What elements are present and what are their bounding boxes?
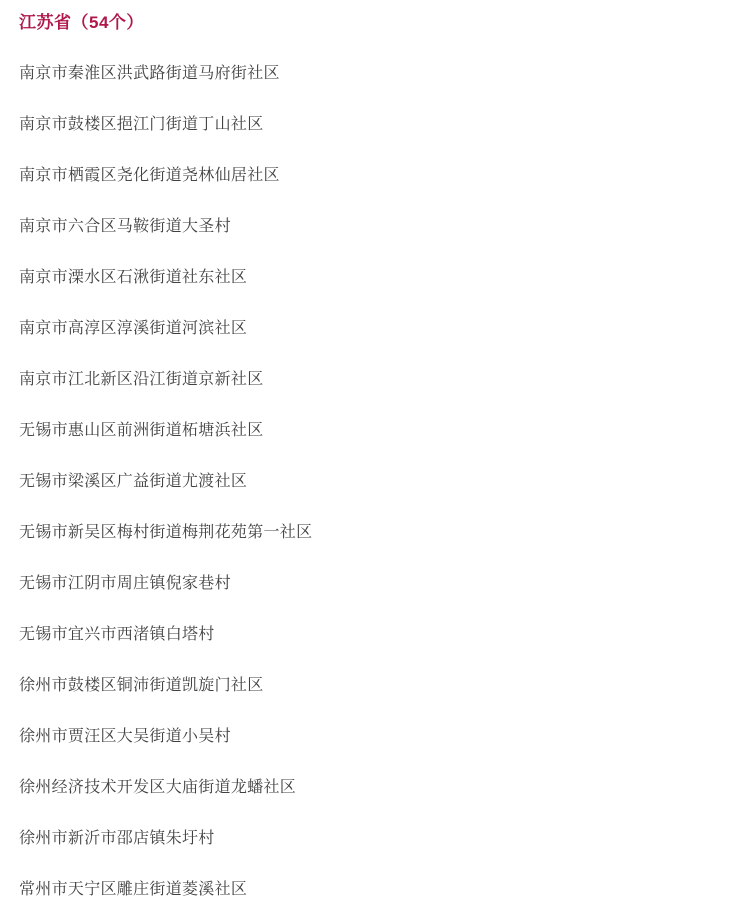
list-item: 南京市江北新区沿江街道京新社区	[19, 372, 710, 388]
list-item: 南京市秦淮区洪武路街道马府街社区	[19, 66, 710, 82]
list-item: 徐州市新沂市邵店镇朱圩村	[19, 831, 710, 847]
list-item: 南京市高淳区淳溪街道河滨社区	[19, 321, 710, 337]
list-item: 南京市溧水区石湫街道社东社区	[19, 270, 710, 286]
list-item: 无锡市江阴市周庄镇倪家巷村	[19, 576, 710, 592]
province-section-title: 江苏省（54个）	[19, 13, 710, 33]
list-item: 南京市六合区马鞍街道大圣村	[19, 219, 710, 235]
list-item: 徐州市贾汪区大吴街道小吴村	[19, 729, 710, 745]
list-item: 南京市栖霞区尧化街道尧林仙居社区	[19, 168, 710, 184]
list-item: 无锡市梁溪区广益街道尤渡社区	[19, 474, 710, 490]
list-item: 南京市鼓楼区挹江门街道丁山社区	[19, 117, 710, 133]
community-list: 南京市秦淮区洪武路街道马府街社区 南京市鼓楼区挹江门街道丁山社区 南京市栖霞区尧…	[19, 66, 710, 898]
list-item: 无锡市宜兴市西渚镇白塔村	[19, 627, 710, 643]
list-item: 无锡市新吴区梅村街道梅荆花苑第一社区	[19, 525, 710, 541]
list-item: 常州市天宁区雕庄街道菱溪社区	[19, 882, 710, 898]
list-item: 徐州经济技术开发区大庙街道龙蟠社区	[19, 780, 710, 796]
list-item: 徐州市鼓楼区铜沛街道凯旋门社区	[19, 678, 710, 694]
document-page: 江苏省（54个） 南京市秦淮区洪武路街道马府街社区 南京市鼓楼区挹江门街道丁山社…	[0, 0, 730, 905]
list-item: 无锡市惠山区前洲街道柘塘浜社区	[19, 423, 710, 439]
